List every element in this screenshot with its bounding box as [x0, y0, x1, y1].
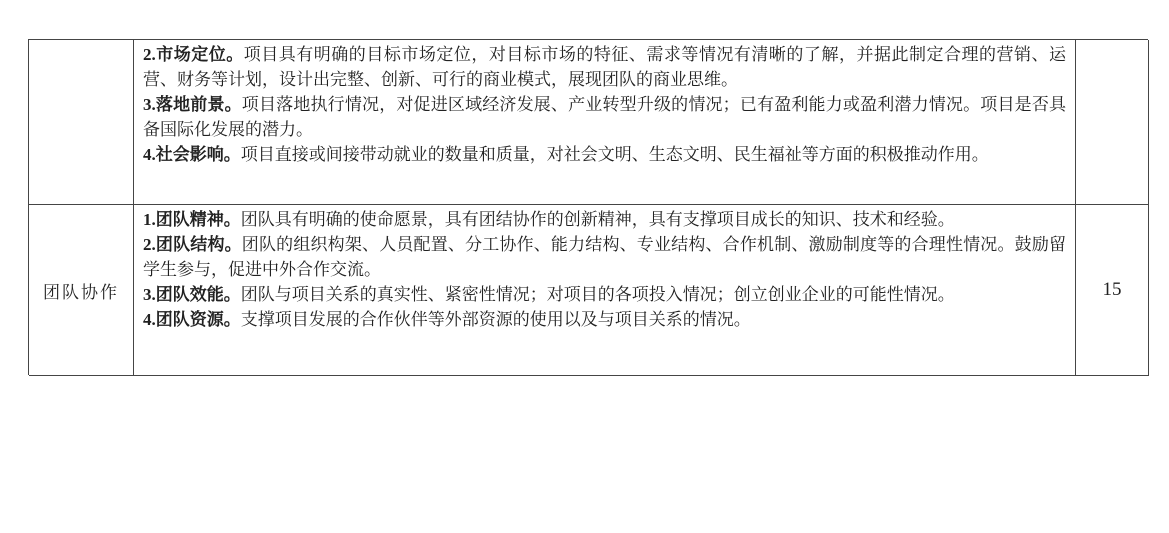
- category-cell-empty: [29, 40, 134, 205]
- criteria-item-text: 团队的组织构架、人员配置、分工协作、能力结构、专业结构、合作机制、激励制度等的合…: [143, 235, 1066, 279]
- criteria-item-text: 团队与项目关系的真实性、紧密性情况；对项目的各项投入情况；创立创业企业的可能性情…: [241, 285, 955, 304]
- evaluation-rubric-table: 2.市场定位。项目具有明确的目标市场定位，对目标市场的特征、需求等情况有清晰的了…: [28, 39, 1148, 375]
- category-cell-teamwork: 团队协作: [29, 205, 134, 376]
- criteria-item: 4.社会影响。项目直接或间接带动就业的数量和质量，对社会文明、生态文明、民生福祉…: [143, 140, 1066, 165]
- criteria-item-label: 4.社会影响。: [143, 145, 241, 164]
- criteria-item-label: 1.团队精神。: [143, 210, 241, 229]
- criteria-item-label: 3.落地前景。: [143, 95, 242, 114]
- criteria-item: 2.市场定位。项目具有明确的目标市场定位，对目标市场的特征、需求等情况有清晰的了…: [143, 40, 1066, 90]
- criteria-item-label: 3.团队效能。: [143, 285, 241, 304]
- document-page: { "colors": { "page_background": "#fffff…: [0, 0, 1169, 533]
- criteria-item: 2.团队结构。团队的组织构架、人员配置、分工协作、能力结构、专业结构、合作机制、…: [143, 230, 1066, 280]
- criteria-item: 3.落地前景。项目落地执行情况，对促进区域经济发展、产业转型升级的情况；已有盈利…: [143, 90, 1066, 140]
- criteria-item-label: 4.团队资源。: [143, 310, 241, 329]
- score-cell-empty: [1076, 40, 1149, 205]
- criteria-item-label: 2.市场定位。: [143, 45, 244, 64]
- criteria-item-text: 项目落地执行情况，对促进区域经济发展、产业转型升级的情况；已有盈利能力或盈利潜力…: [143, 95, 1066, 139]
- criteria-item: 1.团队精神。团队具有明确的使命愿景，具有团结协作的创新精神，具有支撑项目成长的…: [143, 205, 1066, 230]
- criteria-item-text: 项目具有明确的目标市场定位，对目标市场的特征、需求等情况有清晰的了解，并据此制定…: [143, 45, 1066, 89]
- criteria-item: 4.团队资源。支撑项目发展的合作伙伴等外部资源的使用以及与项目关系的情况。: [143, 305, 1066, 330]
- criteria-cell-market: 2.市场定位。项目具有明确的目标市场定位，对目标市场的特征、需求等情况有清晰的了…: [134, 40, 1076, 205]
- criteria-item: 3.团队效能。团队与项目关系的真实性、紧密性情况；对项目的各项投入情况；创立创业…: [143, 280, 1066, 305]
- criteria-item-text: 团队具有明确的使命愿景，具有团结协作的创新精神，具有支撑项目成长的知识、技术和经…: [241, 210, 955, 229]
- criteria-item-text: 支撑项目发展的合作伙伴等外部资源的使用以及与项目关系的情况。: [241, 310, 751, 329]
- score-cell-teamwork: 15: [1076, 205, 1149, 376]
- criteria-cell-teamwork: 1.团队精神。团队具有明确的使命愿景，具有团结协作的创新精神，具有支撑项目成长的…: [134, 205, 1076, 376]
- criteria-item-text: 项目直接或间接带动就业的数量和质量，对社会文明、生态文明、民生福祉等方面的积极推…: [241, 145, 989, 164]
- criteria-item-label: 2.团队结构。: [143, 235, 242, 254]
